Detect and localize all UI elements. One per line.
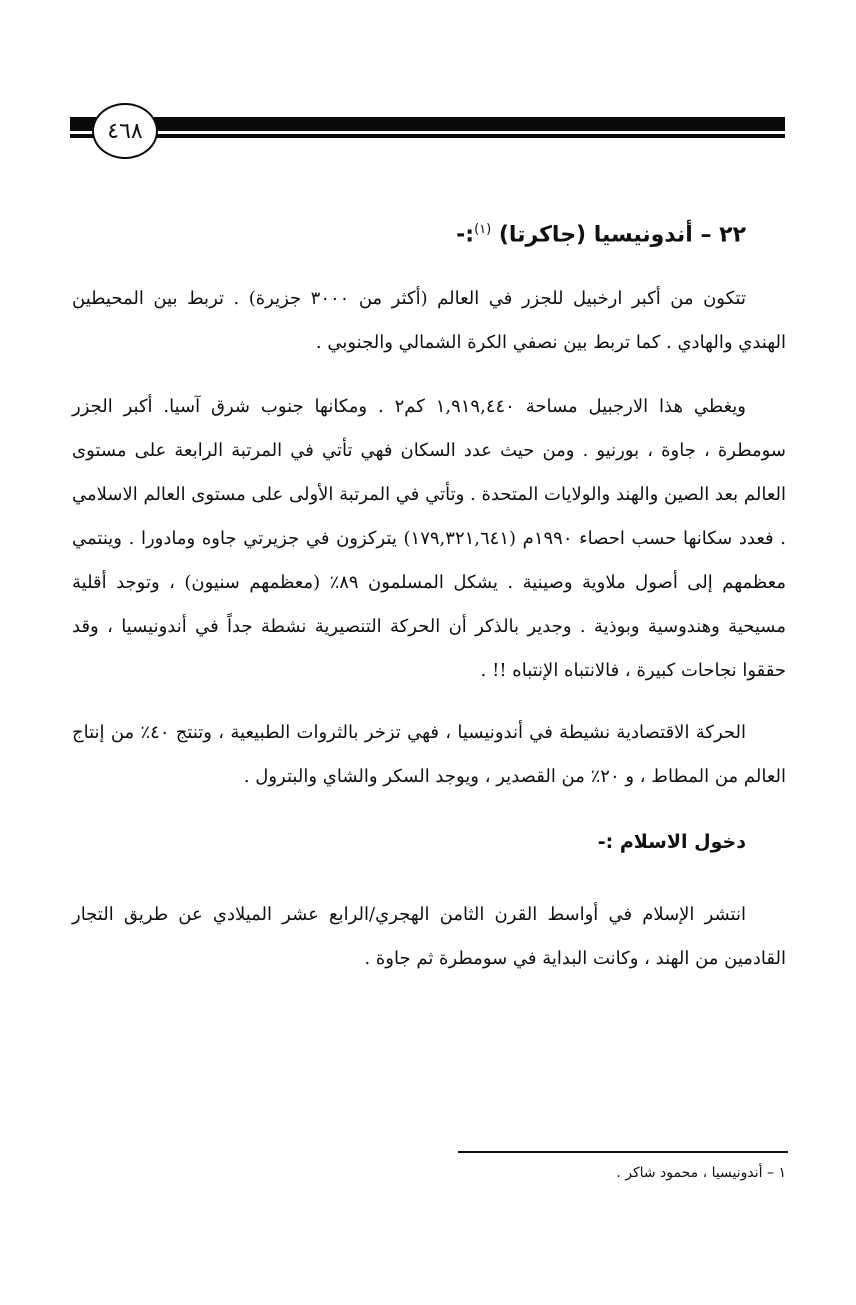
footnote-text: ١ – أندونيسيا ، محمود شاكر .	[616, 1165, 786, 1181]
page-number-badge: ٤٦٨	[92, 103, 158, 159]
header-thick-rule	[70, 117, 785, 131]
paragraph-geography: تتكون من أكبر ارخبيل للجزر في العالم (أك…	[72, 277, 786, 365]
footnote-reference[interactable]: (١)	[474, 222, 491, 237]
page-header: ٤٦٨	[70, 103, 785, 163]
subheading-islam-entry: دخول الاسلام :-	[72, 817, 746, 867]
section-title-suffix: :-	[456, 222, 474, 247]
header-thin-rule	[70, 134, 785, 138]
page-number: ٤٦٨	[107, 119, 142, 144]
subheading-text: دخول الاسلام :-	[598, 831, 746, 853]
paragraph-population: ويغطي هذا الارجبيل مساحة ١,٩١٩,٤٤٠ كم٢ .…	[72, 385, 786, 693]
section-title: ٢٢ – أندونيسيا (جاكرتا) (١):-	[72, 205, 746, 255]
paragraph-economy: الحركة الاقتصادية نشيطة في أندونيسيا ، ف…	[72, 711, 786, 799]
footnote-separator	[458, 1151, 788, 1153]
section-title-text: ٢٢ – أندونيسيا (جاكرتا)	[499, 222, 746, 247]
page-content: ٢٢ – أندونيسيا (جاكرتا) (١):- تتكون من أ…	[72, 205, 786, 981]
footnote: ١ – أندونيسيا ، محمود شاكر .	[72, 1162, 786, 1184]
paragraph-islam-entry: انتشر الإسلام في أواسط القرن الثامن الهج…	[72, 893, 786, 981]
